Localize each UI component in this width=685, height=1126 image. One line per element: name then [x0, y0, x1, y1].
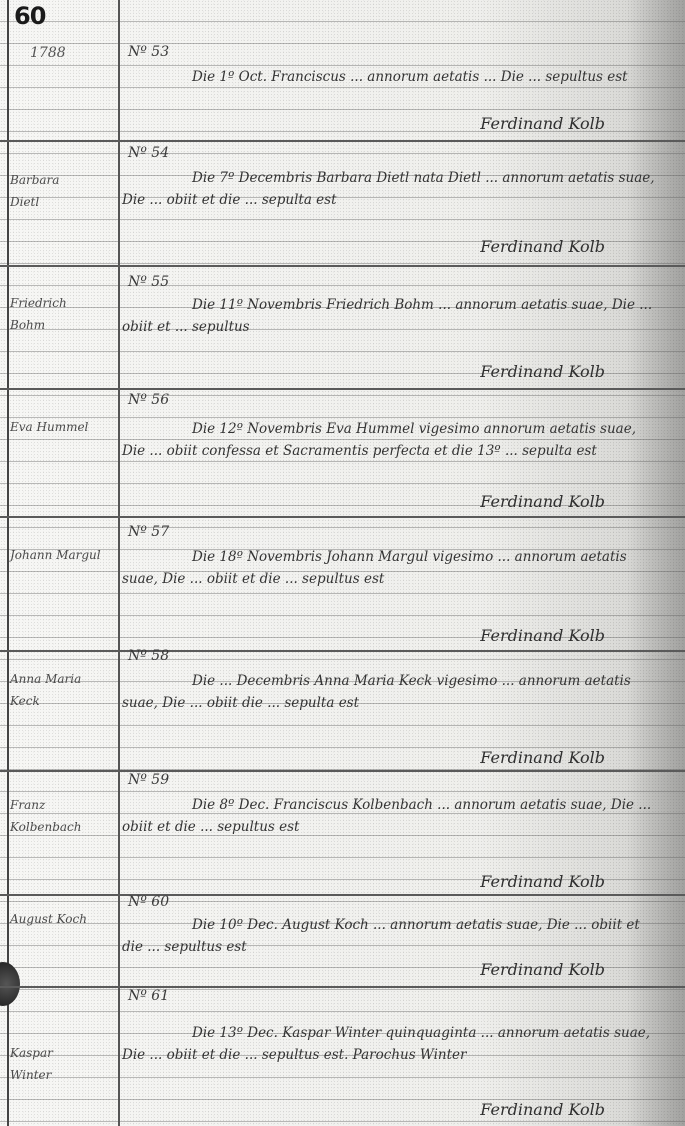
entry-separator [0, 516, 685, 518]
signature: Ferdinand Kolb [480, 626, 605, 645]
entry-separator [0, 986, 685, 988]
binding-hole [0, 962, 20, 1006]
entry-separator [0, 388, 685, 390]
signature: Ferdinand Kolb [480, 748, 605, 767]
entry-number: Nº 55 [128, 274, 169, 290]
margin-name: Barbara Dietl [10, 169, 116, 213]
entry-number: Nº 60 [128, 894, 169, 910]
entry-number: Nº 56 [128, 392, 169, 408]
margin-name: Kaspar Winter [10, 1042, 116, 1086]
entry-text: Die 18º Novembris Johann Margul vigesimo… [122, 546, 662, 590]
entry-text: Die 10º Dec. August Koch ... annorum aet… [122, 914, 662, 958]
margin-name: Anna Maria Keck [10, 668, 116, 712]
entry-text: Die 7º Decembris Barbara Dietl nata Diet… [122, 167, 662, 211]
register-page: 60 1788 Nº 53 Die 1º Oct. Franciscus ...… [0, 0, 685, 1126]
margin-year: 1788 [30, 45, 66, 61]
entry-separator [0, 770, 685, 772]
entry-text: Die 1º Oct. Franciscus ... annorum aetat… [122, 66, 662, 88]
margin-name: August Koch [10, 908, 116, 930]
signature: Ferdinand Kolb [480, 960, 605, 979]
entry-separator [0, 140, 685, 142]
name-column-rule [118, 0, 120, 1126]
page-number: 60 [14, 2, 45, 30]
entry-separator [0, 650, 685, 652]
entry-text: Die 13º Dec. Kaspar Winter quinquaginta … [122, 1022, 662, 1066]
entry-number: Nº 61 [128, 988, 169, 1004]
margin-name: Friedrich Bohm [10, 292, 116, 336]
entry-number: Nº 53 [128, 44, 169, 60]
entry-number: Nº 57 [128, 524, 169, 540]
signature: Ferdinand Kolb [480, 1100, 605, 1119]
entry-text: Die 8º Dec. Franciscus Kolbenbach ... an… [122, 794, 662, 838]
signature: Ferdinand Kolb [480, 114, 605, 133]
margin-name: Franz Kolbenbach [10, 794, 116, 838]
entry-separator [0, 894, 685, 896]
margin-name: Eva Hummel [10, 416, 116, 438]
entry-number: Nº 58 [128, 648, 169, 664]
signature: Ferdinand Kolb [480, 492, 605, 511]
signature: Ferdinand Kolb [480, 237, 605, 256]
entry-text: Die 12º Novembris Eva Hummel vigesimo an… [122, 418, 662, 462]
entry-number: Nº 54 [128, 145, 169, 161]
left-margin-rule [7, 0, 9, 1126]
entry-text: Die 11º Novembris Friedrich Bohm ... ann… [122, 294, 662, 338]
entry-text: Die ... Decembris Anna Maria Keck vigesi… [122, 670, 662, 714]
entry-number: Nº 59 [128, 772, 169, 788]
margin-name: Johann Margul [10, 544, 116, 566]
signature: Ferdinand Kolb [480, 872, 605, 891]
signature: Ferdinand Kolb [480, 362, 605, 381]
entry-separator [0, 265, 685, 267]
